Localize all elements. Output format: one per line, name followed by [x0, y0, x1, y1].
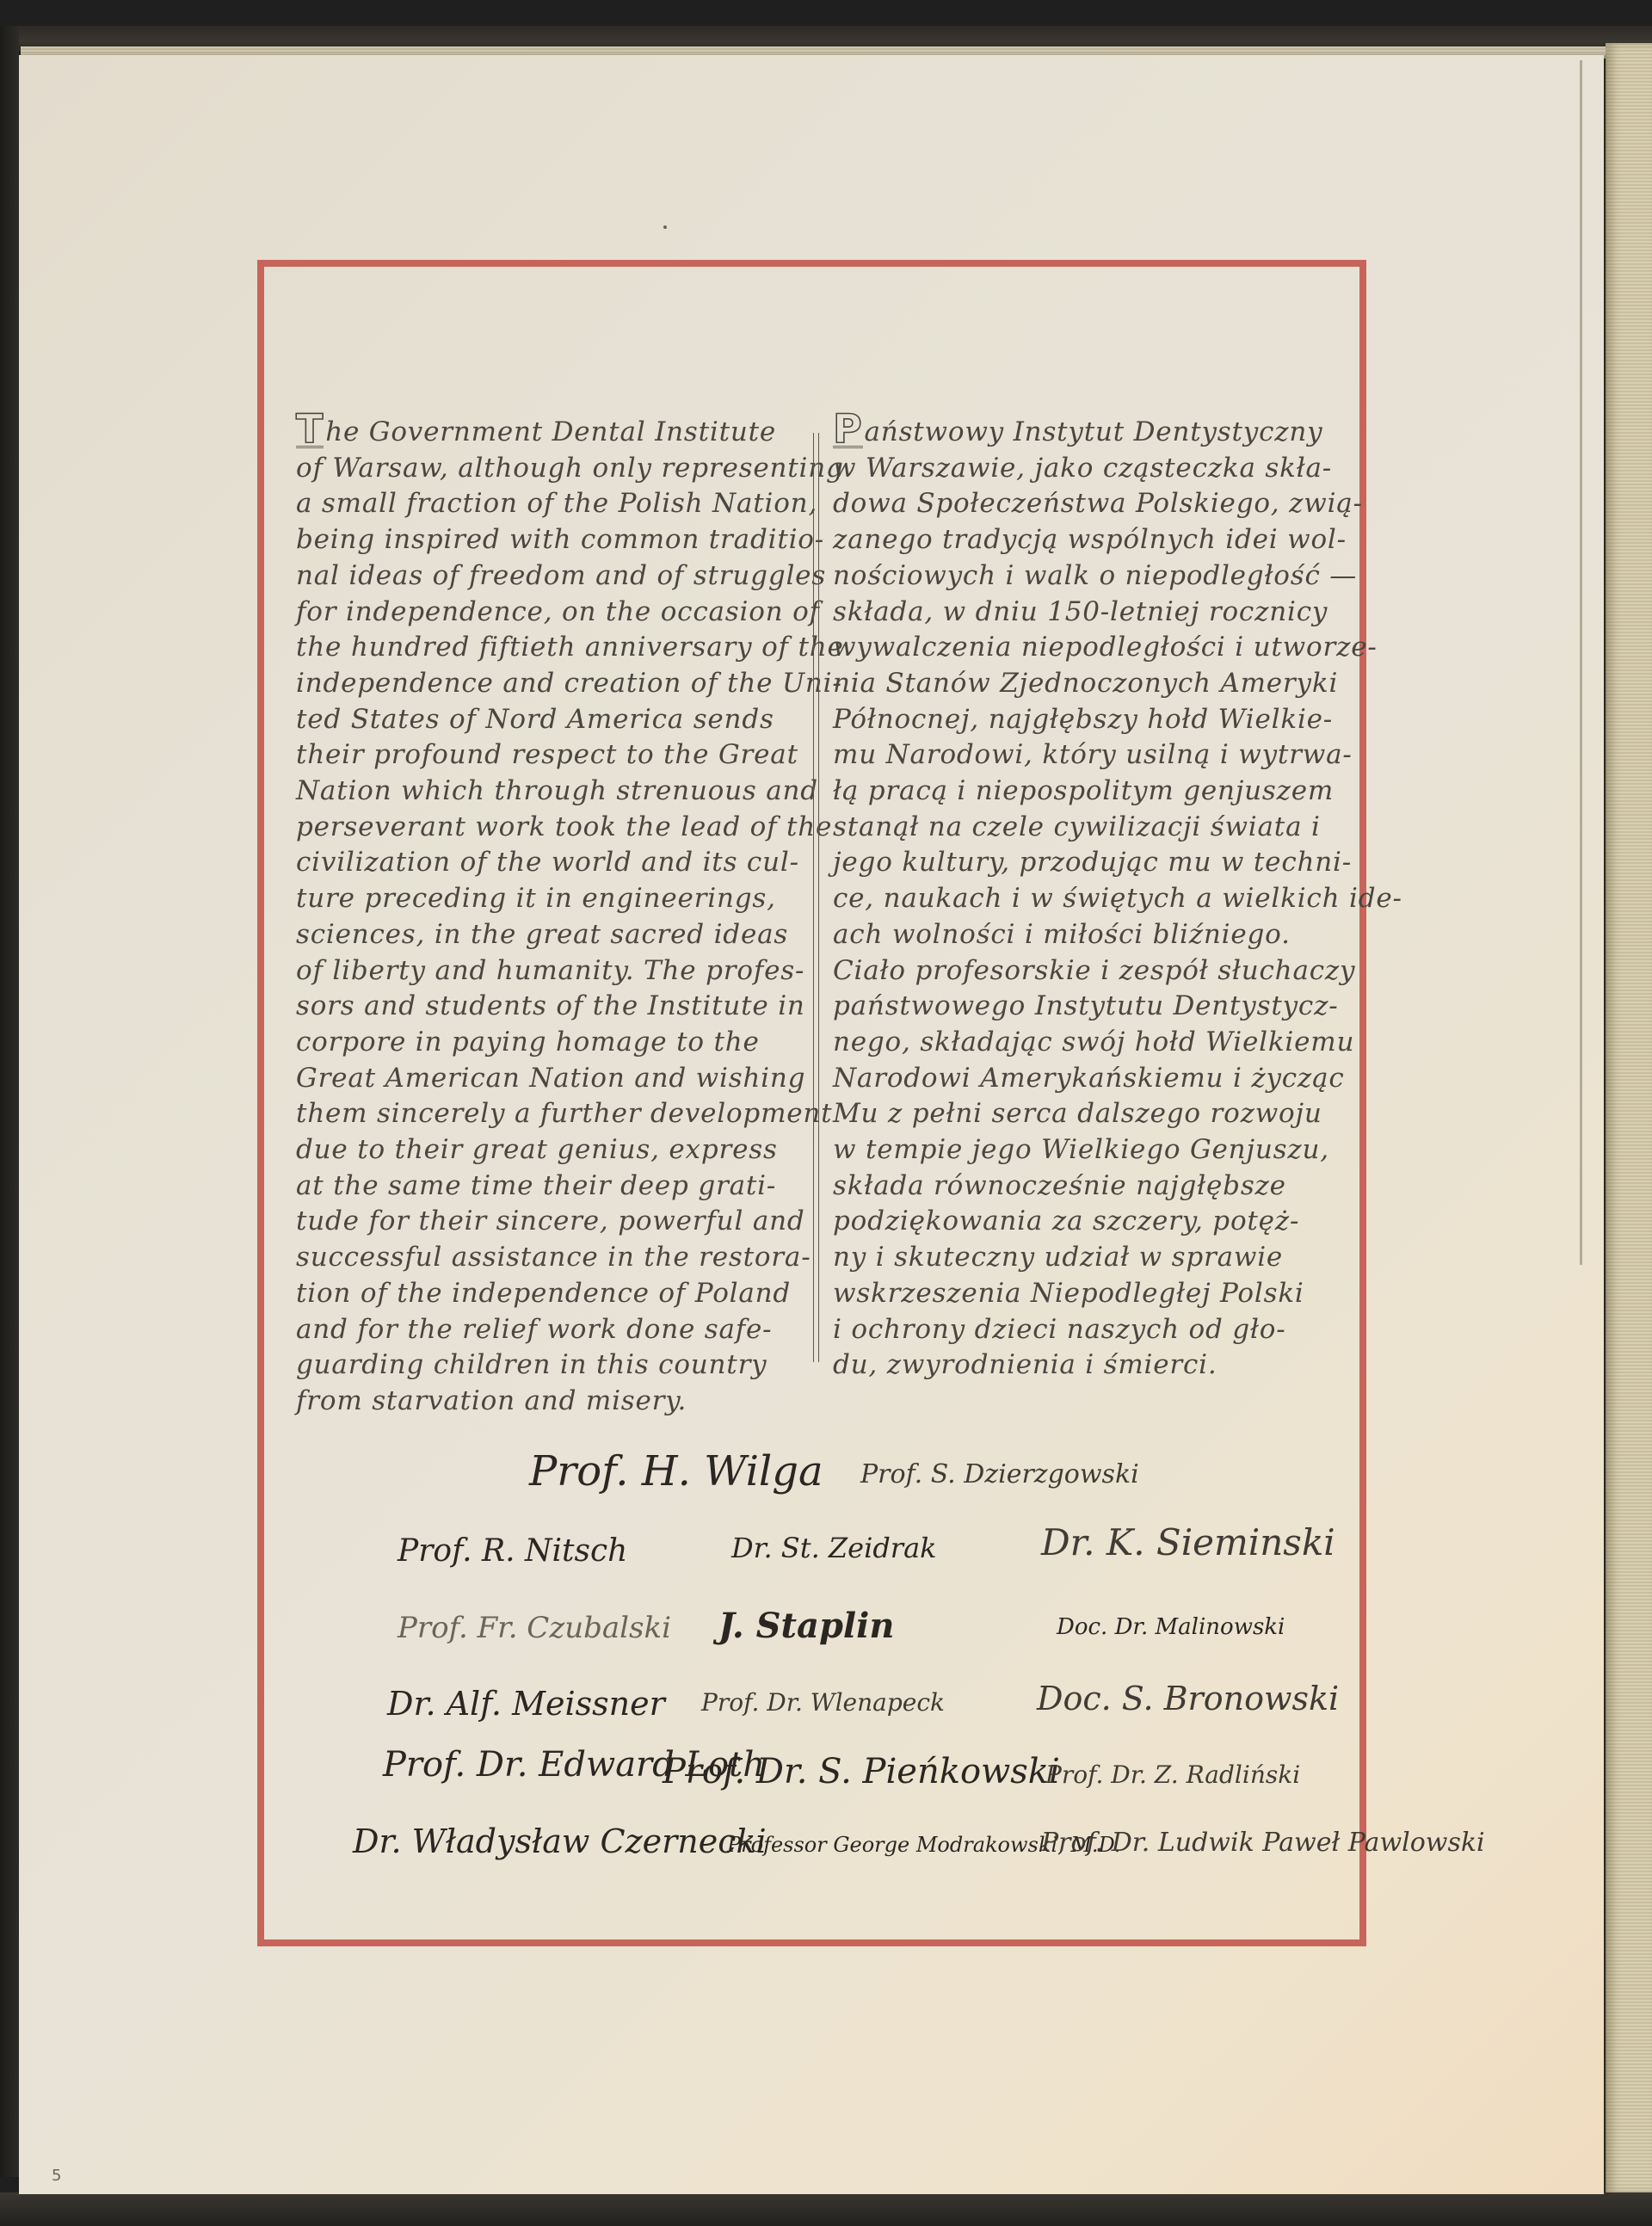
signature: Dr. Alf. Meissner — [387, 1685, 665, 1723]
signature: Dr. Władysław Czernecki — [353, 1822, 767, 1860]
signature: Doc. Dr. Malinowski — [1057, 1614, 1285, 1640]
text-line: a small fraction of the Polish Nation, — [296, 486, 808, 522]
text-line: them sincerely a further development — [296, 1096, 808, 1132]
text-line: ture preceding it in engineerings, — [296, 881, 808, 917]
text-line: Great American Nation and wishing — [296, 1061, 808, 1097]
english-text-column: The Government Dental Institute of Warsa… — [296, 411, 808, 1420]
text-line: for independence, on the occasion of — [296, 595, 808, 631]
text-line: their profound respect to the Great — [296, 737, 808, 774]
text-line: from starvation and misery. — [296, 1384, 808, 1420]
signature: Prof. R. Nitsch — [398, 1533, 627, 1569]
text-line: due to their great genius, express — [296, 1132, 808, 1168]
text-line: podziękowania za szczery, potęż- — [833, 1204, 1349, 1240]
text-line: nego, składając swój hołd Wielkiemu — [833, 1025, 1349, 1061]
text-line: stanął na czele cywilizacji świata i — [833, 810, 1349, 846]
text-line: sors and students of the Institute in — [296, 989, 808, 1025]
page-edge-crease — [1580, 60, 1582, 1265]
column-divider — [813, 433, 819, 1362]
signature: Prof. S. Dzierzgowski — [860, 1459, 1139, 1489]
text-line: and for the relief work done safe- — [296, 1312, 808, 1348]
text-line: Nation which through strenuous and — [296, 774, 808, 810]
drop-cap-P: P — [833, 411, 863, 448]
text-line: mu Narodowi, który usilną i wytrwa- — [833, 737, 1349, 774]
text-line: du, zwyrodnienia i śmierci. — [833, 1347, 1349, 1384]
text-line: składa, w dniu 150-letniej rocznicy — [833, 595, 1349, 631]
text-line: at the same time their deep grati- — [296, 1168, 808, 1205]
text-line: Narodowi Amerykańskiemu i życząc — [833, 1061, 1349, 1097]
text-line: wywalczenia niepodległości i utworze- — [833, 630, 1349, 666]
signature: Prof. H. Wilga — [529, 1447, 823, 1495]
text-line: ce, naukach i w świętych a wielkich ide- — [833, 881, 1349, 917]
album-binding-left — [0, 26, 19, 2177]
text-line: nia Stanów Zjednoczonych Ameryki — [833, 666, 1349, 702]
pin-mark — [663, 225, 667, 229]
album-binding-bottom — [0, 2192, 1652, 2226]
text-line: corpore in paying homage to the — [296, 1025, 808, 1061]
text-line: w tempie jego Wielkiego Genjuszu, — [833, 1132, 1349, 1168]
text-line: sciences, in the great sacred ideas — [296, 917, 808, 953]
text-line: jego kultury, przodując mu w techni- — [833, 845, 1349, 881]
text-line: of liberty and humanity. The profes- — [296, 953, 808, 990]
text-line: civilization of the world and its cul- — [296, 845, 808, 881]
text-line: ted States of Nord America sends — [296, 702, 808, 738]
page-number: 5 — [52, 2167, 61, 2185]
text-line: independence and creation of the Uni- — [296, 666, 808, 702]
text-line: nal ideas of freedom and of struggles — [296, 558, 808, 595]
text-line: being inspired with common traditio- — [296, 522, 808, 558]
text-line: Państwowy Instytut Dentystyczny — [833, 411, 1349, 451]
polish-text-column: Państwowy Instytut Dentystyczny w Warsza… — [833, 411, 1349, 1384]
signature: Prof. Dr. S. Pieńkowski — [663, 1752, 1060, 1791]
text-line: the hundred fiftieth anniversary of the — [296, 630, 808, 666]
text-line: dowa Społeczeństwa Polskiego, zwią- — [833, 486, 1349, 522]
text-line: nościowych i walk o niepodległość — — [833, 558, 1349, 595]
text-line: Mu z pełni serca dalszego rozwoju — [833, 1096, 1349, 1132]
signature: Prof. Dr. Z. Radliński — [1045, 1760, 1300, 1789]
drop-cap-T: T — [296, 411, 324, 448]
text-line: państwowego Instytutu Dentystycz- — [833, 989, 1349, 1025]
text-line: The Government Dental Institute — [296, 411, 808, 451]
text-line: wskrzeszenia Niepodległej Polski — [833, 1276, 1349, 1312]
text-line: tion of the independence of Poland — [296, 1276, 808, 1312]
text-line: zanego tradycją wspólnych idei wol- — [833, 522, 1349, 558]
text-line: składa równocześnie najgłębsze — [833, 1168, 1349, 1205]
signature: Dr. St. Zeidrak — [731, 1532, 937, 1564]
signature: Prof. Fr. Czubalski — [398, 1611, 671, 1645]
signature: Prof. Dr. Wlenapeck — [701, 1688, 945, 1717]
cloth-hinge-right — [1606, 43, 1652, 2194]
text-line: perseverant work took the lead of the — [296, 810, 808, 846]
signature: J. Staplin — [718, 1606, 894, 1646]
text-line: guarding children in this country — [296, 1347, 808, 1384]
text-line: w Warszawie, jako cząsteczka skła- — [833, 451, 1349, 487]
text-line: i ochrony dzieci naszych od gło- — [833, 1312, 1349, 1348]
text-line: ach wolności i miłości bliźniego. — [833, 917, 1349, 953]
text-line: successful assistance in the restora- — [296, 1240, 808, 1276]
signature: Dr. K. Sieminski — [1041, 1521, 1335, 1563]
text-line: łą pracą i niepospolitym genjuszem — [833, 774, 1349, 810]
signature: Doc. S. Bronowski — [1037, 1680, 1339, 1717]
text-line: Ciało profesorskie i zespół słuchaczy — [833, 953, 1349, 990]
text-line: ny i skuteczny udział w sprawie — [833, 1240, 1349, 1276]
text-line: of Warsaw, although only representing — [296, 451, 808, 487]
text-line: tude for their sincere, powerful and — [296, 1204, 808, 1240]
signature: Prof. Dr. Ludwik Paweł Pawlowski — [1041, 1828, 1485, 1858]
text-line: Północnej, najgłębszy hołd Wielkie- — [833, 702, 1349, 738]
